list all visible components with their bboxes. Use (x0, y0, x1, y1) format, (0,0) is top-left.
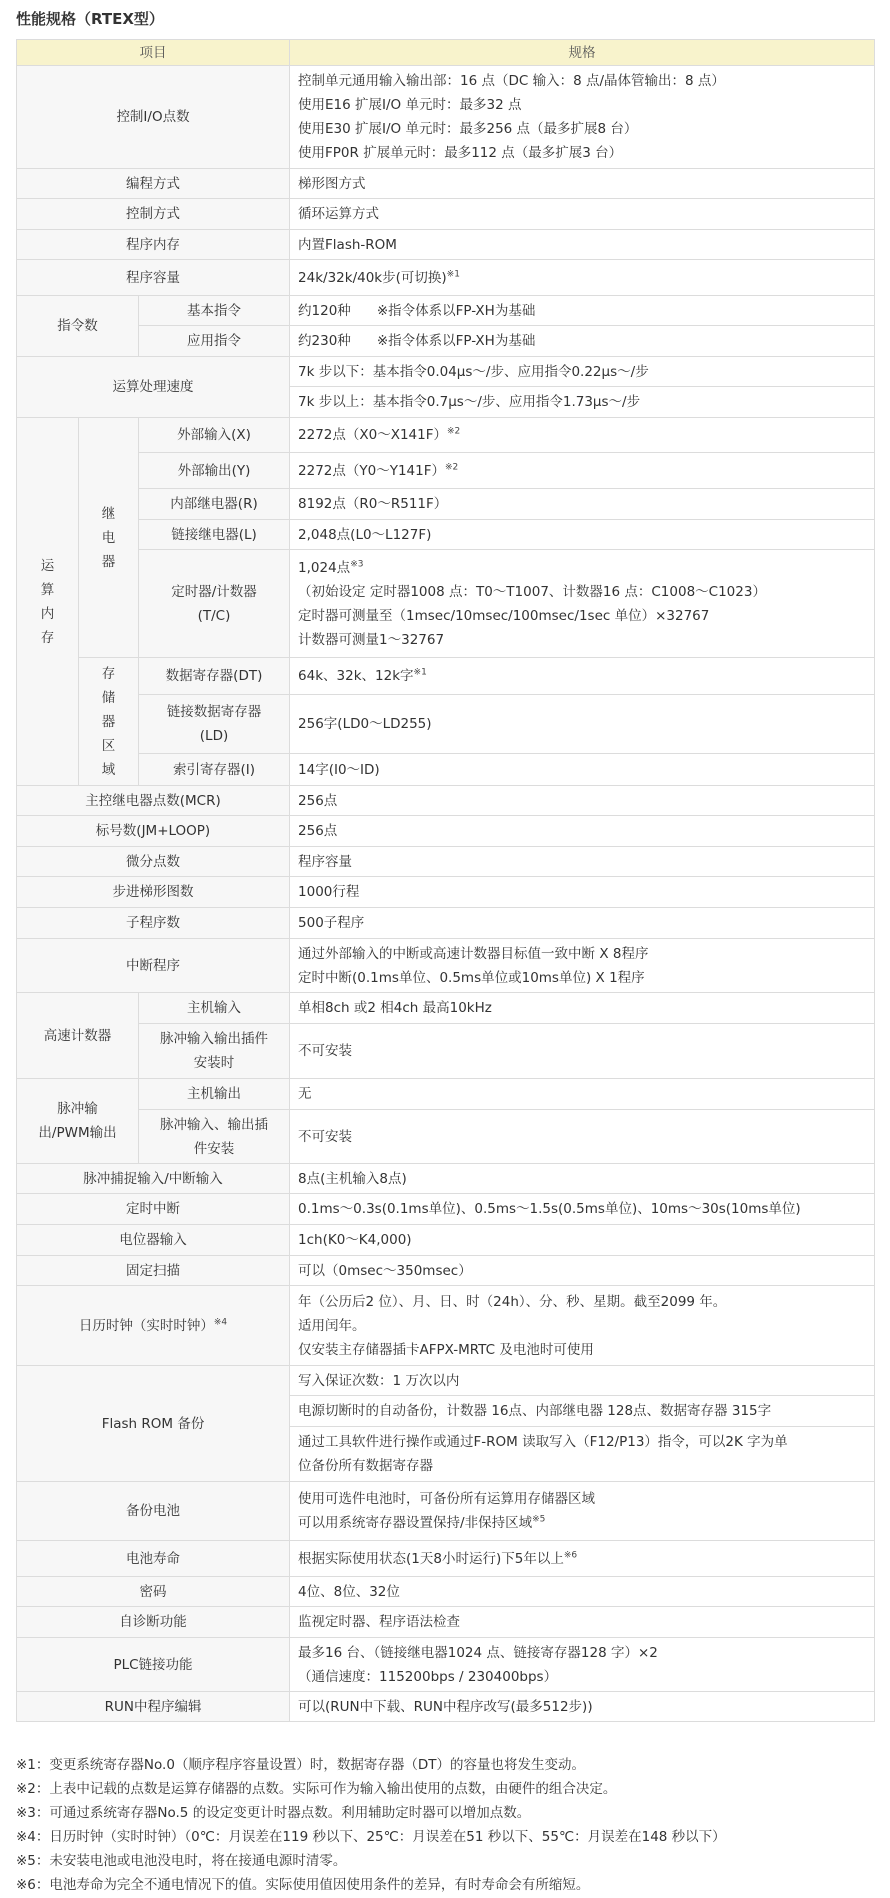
row-value: 0.1ms～0.3s(0.1ms单位)、0.5ms～1.5s(0.5ms单位)、… (290, 1194, 875, 1225)
value-line: 使用E16 扩展I/O 单元时：最多32 点 (298, 93, 866, 117)
row-value: 500子程序 (290, 908, 875, 939)
table-row: RUN中程序编辑 可以(RUN中下载、RUN中程序改写(最多512步)) (17, 1692, 875, 1722)
footnote-ref: ※3 (350, 559, 363, 569)
table-row: 运算内存 继电器 外部输入(X) 2272点（X0～X141F）※2 (17, 418, 875, 453)
table-row: 控制方式 循环运算方式 (17, 199, 875, 230)
table-row: 定时器/计数器 (T/C) 1,024点※3 （初始设定 定时器1008 点：T… (17, 550, 875, 658)
table-row: 脉冲输入、输出插 件安装 不可安装 (17, 1110, 875, 1164)
value-line: 定时器可测量至（1msec/10msec/100msec/1sec 单位）×32… (298, 604, 866, 628)
row-label: 子程序数 (17, 908, 290, 939)
row-value: 256点 (290, 816, 875, 847)
label-text: 日历时钟（实时时钟） (79, 1318, 214, 1334)
row-value: 控制单元通用输入输出部：16 点（DC 输入：8 点/晶体管输出：8 点） 使用… (290, 66, 875, 169)
table-row: 备份电池 使用可选件电池时，可备份所有运算用存储器区域 可以用系统寄存器设置保持… (17, 1482, 875, 1541)
value-line: 年（公历后2 位）、月、日、时（24h）、分、秒、星期。截至2099 年。 (298, 1290, 866, 1314)
footnote: ※2：上表中记载的点数是运算存储器的点数。实际可作为输入输出使用的点数，由硬件的… (16, 1777, 726, 1801)
row-value: 可以（0msec～350msec） (290, 1256, 875, 1286)
footnotes: ※1：变更系统寄存器No.0（顺序程序容量设置）时，数据寄存器（DT）的容量也将… (16, 1753, 726, 1897)
table-row: 编程方式 梯形图方式 (17, 169, 875, 199)
table-row: 电池寿命 根据实际使用状态(1天8小时运行)下5年以上※6 (17, 1541, 875, 1577)
row-value: 通过外部输入的中断或高速计数器目标值一致中断 X 8程序 定时中断(0.1ms单… (290, 939, 875, 993)
row-value: 写入保证次数：1 万次以内 (290, 1366, 875, 1396)
row-label: 脉冲输 出/PWM输出 (17, 1079, 139, 1164)
table-row: 索引寄存器(I) 14字(I0～ID) (17, 754, 875, 786)
sub-label: 数据寄存器(DT) (139, 658, 290, 695)
sub-label: 主机输出 (139, 1079, 290, 1110)
table-row: 链接数据寄存器 (LD) 256字(LD0～LD255) (17, 695, 875, 754)
group-label-storage: 存储器区域 (79, 658, 139, 786)
row-value: 1ch(K0～K4,000) (290, 1225, 875, 1256)
sub-label: 内部继电器(R) (139, 489, 290, 520)
row-value: 程序容量 (290, 847, 875, 877)
value-line: 使用FP0R 扩展单元时：最多112 点（最多扩展3 台） (298, 141, 866, 165)
footnote: ※1：变更系统寄存器No.0（顺序程序容量设置）时，数据寄存器（DT）的容量也将… (16, 1753, 726, 1777)
row-value: 可以(RUN中下载、RUN中程序改写(最多512步)) (290, 1692, 875, 1722)
row-label: RUN中程序编辑 (17, 1692, 290, 1722)
row-value: 2272点（X0～X141F）※2 (290, 418, 875, 453)
table-row: 子程序数 500子程序 (17, 908, 875, 939)
row-value: 7k 步以上：基本指令0.7μs～/步、应用指令1.73μs～/步 (290, 387, 875, 418)
row-label: 主控继电器点数(MCR) (17, 786, 290, 816)
row-value: 256点 (290, 786, 875, 816)
value-text: 1,024点 (298, 560, 350, 576)
row-value: 单相8ch 或2 相4ch 最高10kHz (290, 993, 875, 1024)
footnote-ref: ※2 (447, 427, 460, 437)
row-value: 8192点（R0～R511F） (290, 489, 875, 520)
table-row: 链接继电器(L) 2,048点(L0～L127F) (17, 520, 875, 550)
page-title: 性能规格（RTEX型） (16, 8, 164, 29)
row-value: 4位、8位、32位 (290, 1577, 875, 1607)
sub-label: 定时器/计数器 (T/C) (139, 550, 290, 658)
row-value: 8点(主机输入8点) (290, 1164, 875, 1194)
table-row: 定时中断 0.1ms～0.3s(0.1ms单位)、0.5ms～1.5s(0.5m… (17, 1194, 875, 1225)
value-line: （初始设定 定时器1008 点：T0～T1007、计数器16 点：C1008～C… (298, 580, 866, 604)
vertical-text: 存储器区域 (102, 662, 116, 782)
row-label: 日历时钟（实时时钟）※4 (17, 1286, 290, 1366)
row-value: 最多16 台、（链接继电器1024 点、链接寄存器128 字）×2 （通信速度：… (290, 1638, 875, 1692)
row-value: 无 (290, 1079, 875, 1110)
value-text: 2272点（X0～X141F） (298, 427, 447, 443)
value-text: 2272点（Y0～Y141F） (298, 463, 445, 479)
row-value: 64k、32k、12k字※1 (290, 658, 875, 695)
value-line: 使用E30 扩展I/O 单元时：最多256 点（最多扩展8 台） (298, 117, 866, 141)
table-row: 内部继电器(R) 8192点（R0～R511F） (17, 489, 875, 520)
table-row: 密码 4位、8位、32位 (17, 1577, 875, 1607)
table-row: 脉冲捕捉输入/中断输入 8点(主机输入8点) (17, 1164, 875, 1194)
value-line: 适用闰年。 (298, 1314, 866, 1338)
row-value: 不可安装 (290, 1024, 875, 1079)
table-row: 控制I/O点数 控制单元通用输入输出部：16 点（DC 输入：8 点/晶体管输出… (17, 66, 875, 169)
row-label: 程序内存 (17, 230, 290, 260)
row-value: 循环运算方式 (290, 199, 875, 230)
value-text: 64k、32k、12k字 (298, 668, 414, 684)
table-row: 电位器输入 1ch(K0～K4,000) (17, 1225, 875, 1256)
remark-text: ※指令体系以FP-XH为基础 (377, 333, 536, 349)
sub-label: 应用指令 (139, 326, 290, 357)
row-value: 1000行程 (290, 877, 875, 908)
label-line: 安装时 (147, 1051, 281, 1075)
footnote-ref: ※6 (564, 1550, 577, 1560)
row-value: 梯形图方式 (290, 169, 875, 199)
row-value: 2272点（Y0～Y141F）※2 (290, 453, 875, 489)
table-row: 主控继电器点数(MCR) 256点 (17, 786, 875, 816)
table-row: 运算处理速度 7k 步以下：基本指令0.04μs～/步、应用指令0.22μs～/… (17, 357, 875, 387)
table-row: 日历时钟（实时时钟）※4 年（公历后2 位）、月、日、时（24h）、分、秒、星期… (17, 1286, 875, 1366)
table-row: 中断程序 通过外部输入的中断或高速计数器目标值一致中断 X 8程序 定时中断(0… (17, 939, 875, 993)
row-label: 高速计数器 (17, 993, 139, 1079)
table-row: 存储器区域 数据寄存器(DT) 64k、32k、12k字※1 (17, 658, 875, 695)
row-label: 程序容量 (17, 260, 290, 296)
row-value: 256字(LD0～LD255) (290, 695, 875, 754)
footnote: ※3：可通过系统寄存器No.5 的设定变更计时器点数。利用辅助定时器可以增加点数… (16, 1801, 726, 1825)
sub-label: 链接数据寄存器 (LD) (139, 695, 290, 754)
sub-label: 索引寄存器(I) (139, 754, 290, 786)
sub-label: 外部输出(Y) (139, 453, 290, 489)
value-line: （通信速度：115200bps / 230400bps） (298, 1665, 866, 1689)
table-row: 程序内存 内置Flash-ROM (17, 230, 875, 260)
row-label: PLC链接功能 (17, 1638, 290, 1692)
footnote-ref: ※1 (447, 269, 460, 279)
table-row: 高速计数器 主机输入 单相8ch 或2 相4ch 最高10kHz (17, 993, 875, 1024)
table-row: 应用指令 约230种※指令体系以FP-XH为基础 (17, 326, 875, 357)
value-line: 通过工具软件进行操作或通过F-ROM 读取写入（F12/P13）指令，可以2K … (298, 1430, 866, 1454)
row-label: 电池寿命 (17, 1541, 290, 1577)
footnote: ※5：未安装电池或电池没电时，将在接通电源时清零。 (16, 1849, 726, 1873)
table-row: 外部输出(Y) 2272点（Y0～Y141F）※2 (17, 453, 875, 489)
label-line: 件安装 (147, 1137, 281, 1161)
sub-label: 脉冲输入、输出插 件安装 (139, 1110, 290, 1164)
row-value: 不可安装 (290, 1110, 875, 1164)
footnote: ※6：电池寿命为完全不通电情况下的值。实际使用值因使用条件的差异，有时寿命会有所… (16, 1873, 726, 1897)
footnote: ※4：日历时钟（实时时钟）（0℃：月误差在119 秒以下、25℃：月误差在51 … (16, 1825, 726, 1849)
row-value: 监视定时器、程序语法检查 (290, 1607, 875, 1638)
row-value: 年（公历后2 位）、月、日、时（24h）、分、秒、星期。截至2099 年。 适用… (290, 1286, 875, 1366)
row-value: 内置Flash-ROM (290, 230, 875, 260)
table-row: 程序容量 24k/32k/40k步(可切换)※1 (17, 260, 875, 296)
label-line: 出/PWM输出 (25, 1121, 130, 1145)
table-row: 微分点数 程序容量 (17, 847, 875, 877)
row-label: 编程方式 (17, 169, 290, 199)
table-row: 脉冲输 出/PWM输出 主机输出 无 (17, 1079, 875, 1110)
value-line: 最多16 台、（链接继电器1024 点、链接寄存器128 字）×2 (298, 1641, 866, 1665)
label-line: 脉冲输入、输出插 (147, 1113, 281, 1137)
row-value: 电源切断时的自动备份，计数器 16点、内部继电器 128点、数据寄存器 315字 (290, 1396, 875, 1427)
label-line: (LD) (147, 724, 281, 748)
label-line: 链接数据寄存器 (147, 700, 281, 724)
value-line: 计数器可测量1～32767 (298, 628, 866, 652)
sub-label: 基本指令 (139, 296, 290, 326)
row-label: 固定扫描 (17, 1256, 290, 1286)
header-spec: 规格 (290, 40, 875, 66)
group-label-opmem: 运算内存 (17, 418, 79, 786)
row-label: 定时中断 (17, 1194, 290, 1225)
value-text: 根据实际使用状态(1天8小时运行)下5年以上 (298, 1551, 564, 1567)
row-value: 根据实际使用状态(1天8小时运行)下5年以上※6 (290, 1541, 875, 1577)
footnote-ref: ※1 (414, 668, 427, 678)
row-label: 微分点数 (17, 847, 290, 877)
value-line: 位备份所有数据寄存器 (298, 1454, 866, 1478)
row-label: 脉冲捕捉输入/中断输入 (17, 1164, 290, 1194)
table-row: 步进梯形图数 1000行程 (17, 877, 875, 908)
value-text: 可以用系统寄存器设置保持/非保持区域 (298, 1515, 532, 1531)
row-label: 电位器输入 (17, 1225, 290, 1256)
row-value: 约120种※指令体系以FP-XH为基础 (290, 296, 875, 326)
row-value: 使用可选件电池时，可备份所有运算用存储器区域 可以用系统寄存器设置保持/非保持区… (290, 1482, 875, 1541)
row-label: 运算处理速度 (17, 357, 290, 418)
row-label: 标号数(JM+LOOP) (17, 816, 290, 847)
remark-text: ※指令体系以FP-XH为基础 (377, 303, 536, 319)
label-line: 定时器/计数器 (147, 580, 281, 604)
sub-label: 脉冲输入输出插件 安装时 (139, 1024, 290, 1079)
table-row: Flash ROM 备份 写入保证次数：1 万次以内 (17, 1366, 875, 1396)
sub-label: 链接继电器(L) (139, 520, 290, 550)
header-item: 项目 (17, 40, 290, 66)
vertical-text: 运算内存 (41, 554, 55, 650)
table-row: 固定扫描 可以（0msec～350msec） (17, 1256, 875, 1286)
row-value: 24k/32k/40k步(可切换)※1 (290, 260, 875, 296)
value-text: 约230种 (298, 333, 351, 349)
row-label: 指令数 (17, 296, 139, 357)
spec-table: 项目 规格 控制I/O点数 控制单元通用输入输出部：16 点（DC 输入：8 点… (16, 39, 875, 1722)
row-label: 中断程序 (17, 939, 290, 993)
vertical-text: 继电器 (102, 502, 116, 574)
row-value: 1,024点※3 （初始设定 定时器1008 点：T0～T1007、计数器16 … (290, 550, 875, 658)
table-row: PLC链接功能 最多16 台、（链接继电器1024 点、链接寄存器128 字）×… (17, 1638, 875, 1692)
row-value: 7k 步以下：基本指令0.04μs～/步、应用指令0.22μs～/步 (290, 357, 875, 387)
group-label-relay: 继电器 (79, 418, 139, 658)
value-line: 控制单元通用输入输出部：16 点（DC 输入：8 点/晶体管输出：8 点） (298, 69, 866, 93)
value-line: 定时中断(0.1ms单位、0.5ms单位或10ms单位) X 1程序 (298, 966, 866, 990)
row-value: 2,048点(L0～L127F) (290, 520, 875, 550)
sub-label: 外部输入(X) (139, 418, 290, 453)
row-label: 控制I/O点数 (17, 66, 290, 169)
value-text: 约120种 (298, 303, 351, 319)
label-line: 脉冲输 (25, 1097, 130, 1121)
table-row: 脉冲输入输出插件 安装时 不可安装 (17, 1024, 875, 1079)
row-value: 14字(I0～ID) (290, 754, 875, 786)
label-line: (T/C) (147, 604, 281, 628)
value-text: 24k/32k/40k步(可切换) (298, 270, 447, 286)
table-row: 标号数(JM+LOOP) 256点 (17, 816, 875, 847)
table-row: 指令数 基本指令 约120种※指令体系以FP-XH为基础 (17, 296, 875, 326)
table-header: 项目 规格 (17, 40, 875, 66)
row-value: 通过工具软件进行操作或通过F-ROM 读取写入（F12/P13）指令，可以2K … (290, 1427, 875, 1482)
row-label: 步进梯形图数 (17, 877, 290, 908)
footnote-ref: ※2 (445, 462, 458, 472)
footnote-ref: ※5 (532, 1515, 545, 1525)
row-label: 自诊断功能 (17, 1607, 290, 1638)
row-label: 密码 (17, 1577, 290, 1607)
row-value: 约230种※指令体系以FP-XH为基础 (290, 326, 875, 357)
value-line: 通过外部输入的中断或高速计数器目标值一致中断 X 8程序 (298, 942, 866, 966)
row-label: Flash ROM 备份 (17, 1366, 290, 1482)
row-label: 控制方式 (17, 199, 290, 230)
footnote-ref: ※4 (214, 1317, 227, 1327)
table-row: 自诊断功能 监视定时器、程序语法检查 (17, 1607, 875, 1638)
label-line: 脉冲输入输出插件 (147, 1027, 281, 1051)
value-line: 使用可选件电池时，可备份所有运算用存储器区域 (298, 1487, 866, 1511)
sub-label: 主机输入 (139, 993, 290, 1024)
row-label: 备份电池 (17, 1482, 290, 1541)
value-line: 仅安装主存储器插卡AFPX-MRTC 及电池时可使用 (298, 1338, 866, 1362)
